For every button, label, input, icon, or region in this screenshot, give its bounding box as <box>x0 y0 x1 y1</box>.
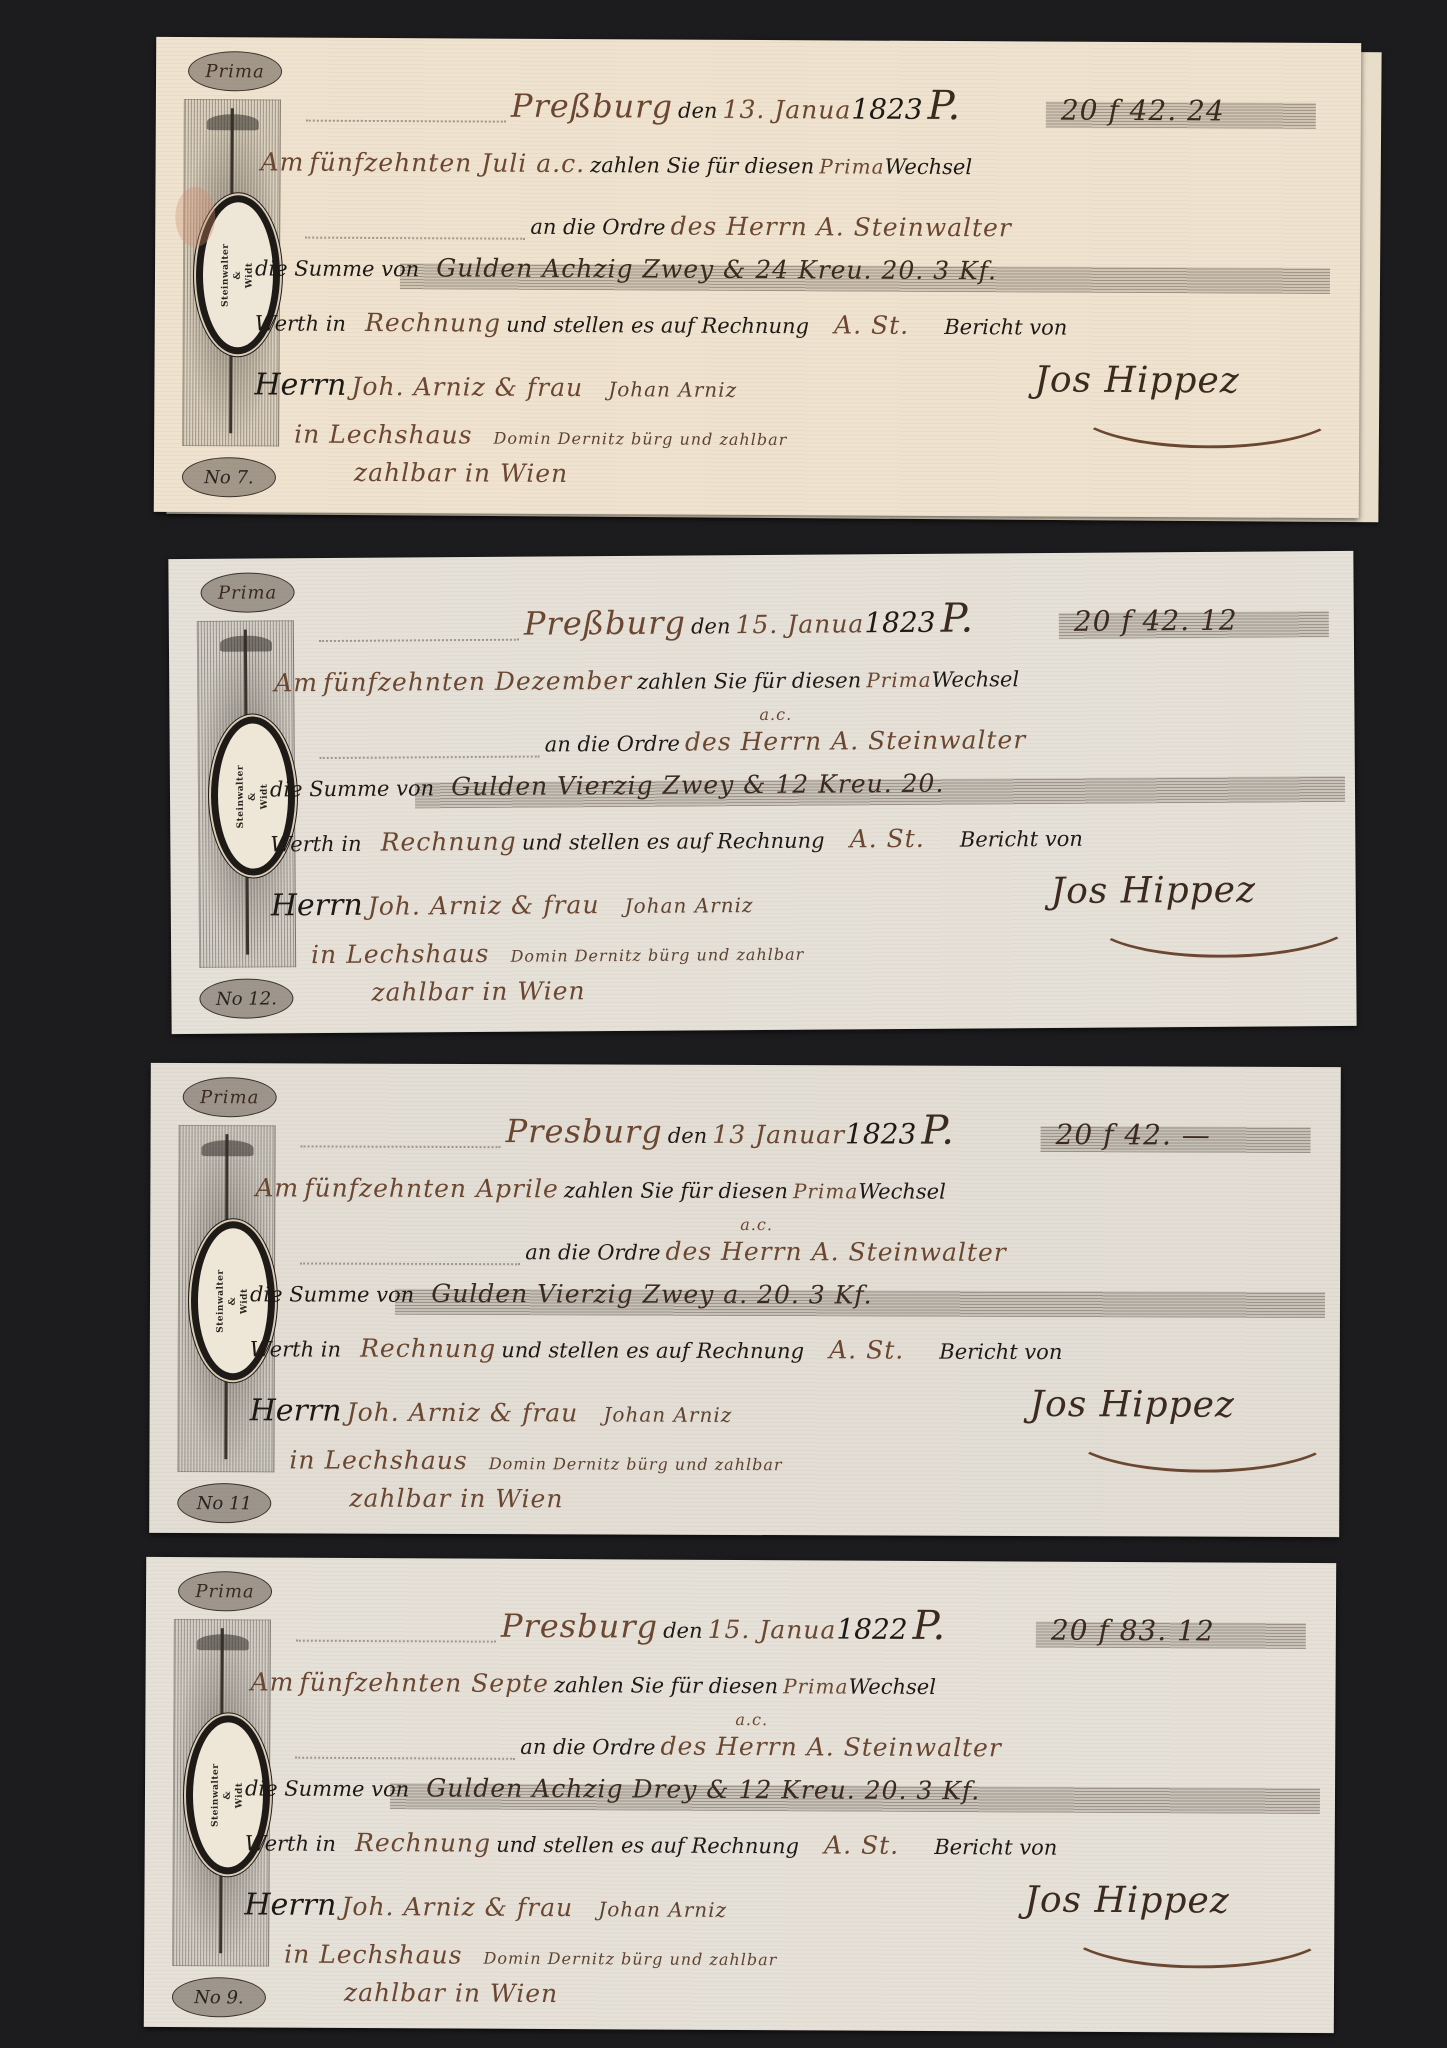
due-date: fünfzehnten Juli a.c. <box>309 148 585 178</box>
amount: 20 f 83. 12 <box>1051 1614 1215 1648</box>
amount: 20 f 42. 12 <box>1074 604 1238 638</box>
bill-number-badge: No 9. <box>172 1977 266 2017</box>
location-line: in Lechshaus Domin Dernitz bürg und zahl… <box>289 1445 782 1476</box>
p-mark: P. <box>913 1603 947 1649</box>
drawee-line: Herrn Joh. Arniz & frau Johan Arniz <box>250 1393 733 1430</box>
date: 13 Januar <box>712 1120 845 1149</box>
caduceus-wings-icon <box>220 635 272 651</box>
due-date: fünfzehnten Dezember <box>323 666 632 697</box>
guarantor-note: Domin Dernitz bürg und zahlbar <box>489 1454 783 1474</box>
value-line: Werth in Rechnung und stellen es auf Rec… <box>245 1827 1058 1860</box>
payment-date-line: Am fünfzehnten Juli a.c. zahlen Sie für … <box>261 147 973 180</box>
den-label: den <box>663 1619 703 1643</box>
sum-line: die Summe von Gulden Vierzig Zwey & 12 K… <box>270 769 945 803</box>
due-date: fünfzehnten Septe <box>299 1668 549 1698</box>
sum-in-words: Gulden Achzig Drey & 12 Kreu. 20. 3 Kf. <box>426 1773 980 1805</box>
payable-line: zahlbar in Wien <box>344 1978 558 2008</box>
payee: des Herrn A. Steinwalter <box>671 212 1012 243</box>
drawee-line: Herrn Joh. Arniz & frau Johan Arniz <box>254 367 737 405</box>
bill-of-exchange-2: Prima Steinwalter & Widt No 12. Preßburg… <box>168 551 1356 1034</box>
value-line: Werth in Rechnung und stellen es auf Rec… <box>270 823 1083 858</box>
order-line: an die Ordre des Herrn A. Steinwalter <box>305 210 1012 243</box>
year: 1822 <box>836 1613 907 1646</box>
ac-note: a.c. <box>735 1710 768 1729</box>
payee: des Herrn A. Steinwalter <box>661 1732 1002 1763</box>
order-line: an die Ordre des Herrn A. Steinwalter <box>300 1235 1007 1266</box>
sum-line: die Summe von Gulden Achzig Zwey & 24 Kr… <box>255 252 997 285</box>
place-date-line: Preßburg den 13. Janua1823 P. <box>306 80 962 129</box>
p-mark: P. <box>928 83 962 129</box>
bill-of-exchange-1: Prima Steinwalter & Widt No 7. Preßburg … <box>154 37 1361 518</box>
year: 1823 <box>845 1117 916 1150</box>
place: Presburg <box>501 1607 658 1646</box>
guarantor-note: Domin Dernitz bürg und zahlbar <box>483 1949 777 1970</box>
place: Preßburg <box>524 604 686 643</box>
payment-date-line: Am fünfzehnten Septe zahlen Sie für dies… <box>251 1667 937 1700</box>
drawee: Joh. Arniz & frau <box>351 372 583 402</box>
location-line: in Lechshaus Domin Dernitz bürg und zahl… <box>294 420 787 452</box>
place-date-line: Presburg den 13 Januar1823 P. <box>301 1105 956 1153</box>
den-label: den <box>668 1124 707 1148</box>
location-line: in Lechshaus Domin Dernitz bürg und zahl… <box>311 937 804 969</box>
signature-flourish <box>1091 881 1357 959</box>
payment-date-line: Am fünfzehnten Aprile zahlen Sie für die… <box>255 1173 946 1204</box>
guarantor-note: Domin Dernitz bürg und zahlbar <box>510 945 804 966</box>
date: 15. Janua <box>735 609 864 639</box>
order-line: an die Ordre des Herrn A. Steinwalter <box>295 1730 1002 1763</box>
year: 1823 <box>864 606 935 639</box>
payee: des Herrn A. Steinwalter <box>665 1237 1006 1267</box>
firm-name: Steinwalter & Widt <box>220 243 256 307</box>
payable-line: zahlbar in Wien <box>371 976 585 1006</box>
bill-of-exchange-3: Prima Steinwalter & Widt No 11 Presburg … <box>149 1063 1341 1537</box>
value-line: Werth in Rechnung und stellen es auf Rec… <box>255 307 1068 340</box>
bill-of-exchange-4: Prima Steinwalter & Widt No 9. Presburg … <box>144 1557 1336 2033</box>
caduceus-wings-icon <box>201 1140 253 1156</box>
prima-badge: Prima <box>188 51 282 91</box>
place-date-line: Presburg den 15. Janua1822 P. <box>296 1600 947 1649</box>
paper-stain <box>175 187 215 247</box>
place: Preßburg <box>511 87 673 126</box>
firm-name: Steinwalter & Widt <box>235 764 271 828</box>
firm-name: Steinwalter & Widt <box>210 1763 246 1827</box>
ac-note: a.c. <box>759 705 792 724</box>
signature-flourish <box>1069 1396 1335 1473</box>
caduceus-wings-icon <box>197 1634 249 1650</box>
date: 15. Janua <box>708 1615 837 1645</box>
drawee-line: Herrn Joh. Arniz & frau Johan Arniz <box>271 885 754 923</box>
caduceus-wings-icon <box>207 114 259 130</box>
sum-in-words: Gulden Vierzig Zwey & 12 Kreu. 20. <box>451 769 944 801</box>
date: 13. Janua <box>723 95 852 125</box>
sum-line: die Summe von Gulden Vierzig Zwey a. 20.… <box>250 1278 873 1309</box>
ac-note: a.c. <box>740 1215 773 1234</box>
location-line: in Lechshaus Domin Dernitz bürg und zahl… <box>284 1940 777 1972</box>
due-date: fünfzehnten Aprile <box>304 1173 559 1203</box>
drawee: Joh. Arniz & frau <box>347 1398 579 1428</box>
amount: 20 f 42. 24 <box>1061 94 1225 128</box>
prima-badge: Prima <box>178 1571 272 1611</box>
sum-line: die Summe von Gulden Achzig Drey & 12 Kr… <box>245 1772 980 1805</box>
payment-date-line: Am fünfzehnten Dezember zahlen Sie für d… <box>274 663 1019 697</box>
signature-flourish <box>1074 372 1340 449</box>
firm-name: Steinwalter & Widt <box>215 1269 251 1333</box>
payable-line: zahlbar in Wien <box>349 1484 563 1514</box>
bill-number-badge: No 12. <box>199 978 293 1019</box>
order-line: an die Ordre des Herrn A. Steinwalter <box>320 725 1027 759</box>
drawee: Joh. Arniz & frau <box>368 890 600 921</box>
prima-badge: Prima <box>200 572 294 613</box>
guarantor-note: Domin Dernitz bürg und zahlbar <box>494 429 788 450</box>
bill-number-badge: No 7. <box>182 457 276 497</box>
drawee: Joh. Arniz & frau <box>341 1892 573 1922</box>
place-date-line: Preßburg den 15. Janua1823 P. <box>319 596 975 647</box>
signature-flourish <box>1064 1892 1330 1969</box>
den-label: den <box>678 99 718 123</box>
prima-badge: Prima <box>183 1077 277 1117</box>
payable-line: zahlbar in Wien <box>354 458 568 488</box>
value-line: Werth in Rechnung und stellen es auf Rec… <box>250 1333 1063 1365</box>
p-mark: P. <box>940 596 974 642</box>
p-mark: P. <box>921 1108 955 1154</box>
den-label: den <box>691 614 731 638</box>
place: Presburg <box>506 1112 663 1151</box>
sum-in-words: Gulden Achzig Zwey & 24 Kreu. 20. 3 Kf. <box>436 253 997 285</box>
drawee-line: Herrn Joh. Arniz & frau Johan Arniz <box>244 1887 727 1925</box>
payee: des Herrn A. Steinwalter <box>685 725 1026 756</box>
bill-number-badge: No 11 <box>177 1483 271 1523</box>
year: 1823 <box>851 92 922 125</box>
sum-in-words: Gulden Vierzig Zwey a. 20. 3 Kf. <box>431 1279 872 1310</box>
amount: 20 f 42. — <box>1056 1118 1211 1152</box>
